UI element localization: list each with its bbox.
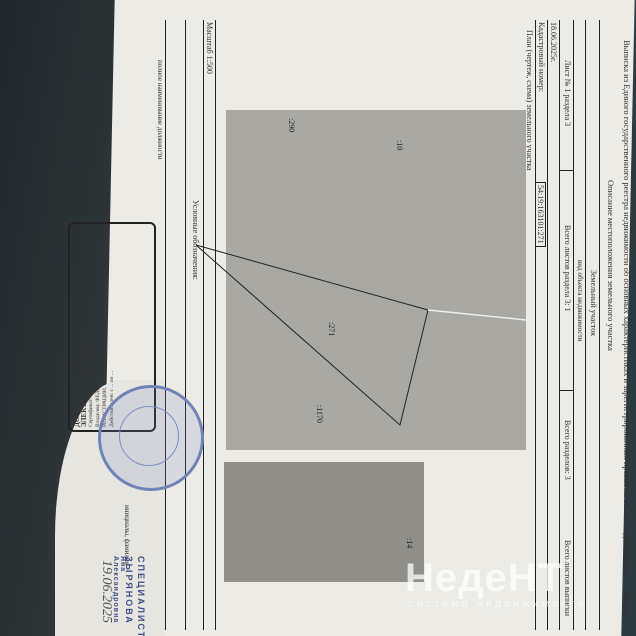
handwritten-date: 19.06.2025 <box>98 560 114 623</box>
stamp-line: Действителен: с ... по ... <box>109 227 116 427</box>
position-caption: полное наименование должности <box>156 60 164 160</box>
scale-label: Масштаб 1:500 <box>205 22 214 74</box>
stamp-line: ЭЛЕКТРОННОЙ ПОДПИСЬЮ <box>81 227 88 427</box>
stamp-line: Владелец: ФЕДЕРАЛЬНАЯ СЛУЖБА ГОСУДАРСТВЕ… <box>95 227 102 427</box>
official-seal <box>98 385 204 491</box>
watermark-brand: НедеНТ <box>405 556 563 601</box>
plan-label-14: :14 <box>405 538 414 548</box>
parcel-triangle <box>116 0 636 636</box>
plan-label-10: :10 <box>395 140 404 150</box>
stamp-line: РЕГИСТРАЦИИ, КАДАСТРА И КАРТОГРАФИИ <box>102 227 109 427</box>
plan-label-290: :290 <box>287 118 296 132</box>
stamp-line: Сертификат: ... <box>88 227 95 427</box>
plan-label-271: :271 <box>327 322 336 336</box>
legend-caption: Условные обозначения: <box>191 200 200 280</box>
rotated-document: Выписка из Единого государственного реес… <box>116 0 636 636</box>
watermark-tagline: система недвижимости <box>408 598 587 610</box>
specialist-role: СПЕЦИАЛИСТ <box>136 556 146 636</box>
specialist-name: Яна Александровна <box>112 556 126 636</box>
plan-label-1170: :1170 <box>315 405 324 423</box>
